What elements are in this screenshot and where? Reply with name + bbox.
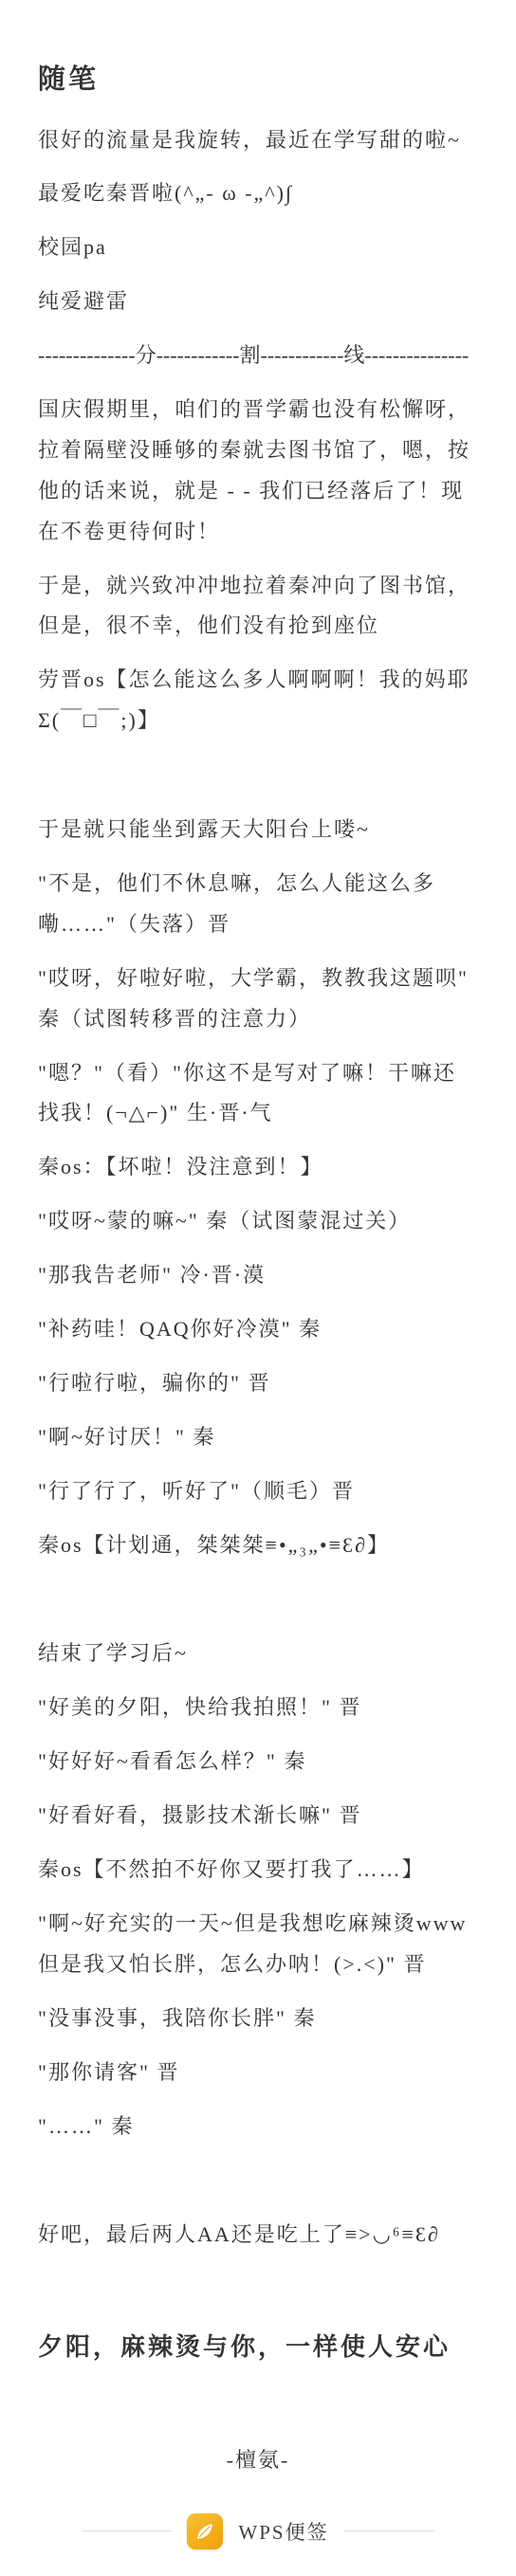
divider-line: --------------分------------割------------…	[38, 336, 478, 376]
author-signature: -檀氨-	[38, 2440, 478, 2481]
dialogue-line: "行了行了，听好了"（顺毛）晋	[38, 1471, 478, 1512]
dialogue-line: "好美的夕阳，快给我拍照！" 晋	[38, 1688, 478, 1728]
inner-voice-line: 劳晋os【怎么能这么多人啊啊啊！我的妈耶Σ(￣□￣;)】	[38, 660, 478, 741]
dialogue-line: "哎呀，好啦好啦，大学霸，教教我这题呗" 秦（试图转移晋的注意力）	[38, 959, 478, 1040]
story-paragraph: 于是，就兴致冲冲地拉着秦冲向了图书馆，但是，很不幸，他们没有抢到座位	[38, 566, 478, 648]
closing-line: 夕阳，麻辣烫与你，一样使人安心	[38, 2324, 478, 2372]
dialogue-line: "哎呀~蒙的嘛~" 秦（试图蒙混过关）	[38, 1201, 478, 1242]
dialogue-line: "啊~好讨厌！" 秦	[38, 1417, 478, 1458]
note-body: 随笔 很好的流量是我旋转，最近在学写甜的啦~ 最爱吃秦晋啦(^„- ω -„^)…	[0, 0, 516, 2494]
dialogue-line: "啊~好充实的一天~但是我想吃麻辣烫www但是我又怕长胖，怎么办呐！(>.<)"…	[38, 1904, 478, 1985]
inner-voice-line: 秦os【不然拍不好你又要打我了……】	[38, 1850, 478, 1891]
dialogue-line: "好好好~看看怎么样？" 秦	[38, 1742, 478, 1782]
footer-brand-bar: WPS便签	[0, 2494, 516, 2576]
inner-voice-line: 秦os【计划通，桀桀桀≡•„₃„•≡Ɛ∂】	[38, 1526, 478, 1566]
note-title: 随笔	[38, 53, 478, 107]
leaf-glyph	[193, 2519, 217, 2544]
dialogue-line: "不是，他们不休息嘛，怎么人能这么多嘞……"（失落）晋	[38, 864, 478, 945]
intro-line: 很好的流量是我旋转，最近在学写甜的啦~	[38, 120, 478, 161]
ending-line: 好吧，最后两人AA还是吃上了≡>◡⁶≡Ɛ∂	[38, 2215, 478, 2256]
footer-rule-left	[82, 2530, 172, 2531]
dialogue-line: "那你请客" 晋	[38, 2053, 478, 2093]
tag-line-warning: 纯爱避雷	[38, 282, 478, 322]
intro-kaomoji-line: 最爱吃秦晋啦(^„- ω -„^)∫	[38, 174, 478, 214]
dialogue-line: "好看好看，摄影技术渐长嘛" 晋	[38, 1796, 478, 1836]
story-paragraph: 国庆假期里，咱们的晋学霸也没有松懈呀，拉着隔壁没睡够的秦就去图书馆了，嗯，按他的…	[38, 390, 478, 553]
story-paragraph: 于是就只能坐到露天大阳台上喽~	[38, 810, 478, 850]
dialogue-line: "嗯？"（看）"你这不是写对了嘛！干嘛还找我！(¬△⌐)" 生·晋·气	[38, 1053, 478, 1135]
story-paragraph: 结束了学习后~	[38, 1634, 478, 1674]
footer-brand-label: WPS便签	[238, 2517, 328, 2546]
dialogue-line: "没事没事，我陪你长胖" 秦	[38, 1999, 478, 2039]
dialogue-line: "……" 秦	[38, 2107, 478, 2147]
dialogue-line: "补药哇！QAQ你好冷漠" 秦	[38, 1309, 478, 1350]
tag-line-campus: 校园pa	[38, 228, 478, 268]
dialogue-line: "那我告老师" 冷·晋·漠	[38, 1255, 478, 1296]
inner-voice-line: 秦os：【坏啦！没注意到！】	[38, 1147, 478, 1188]
footer-rule-right	[344, 2530, 434, 2531]
dialogue-line: "行啦行啦，骗你的" 晋	[38, 1363, 478, 1404]
wps-leaf-icon	[187, 2513, 223, 2549]
